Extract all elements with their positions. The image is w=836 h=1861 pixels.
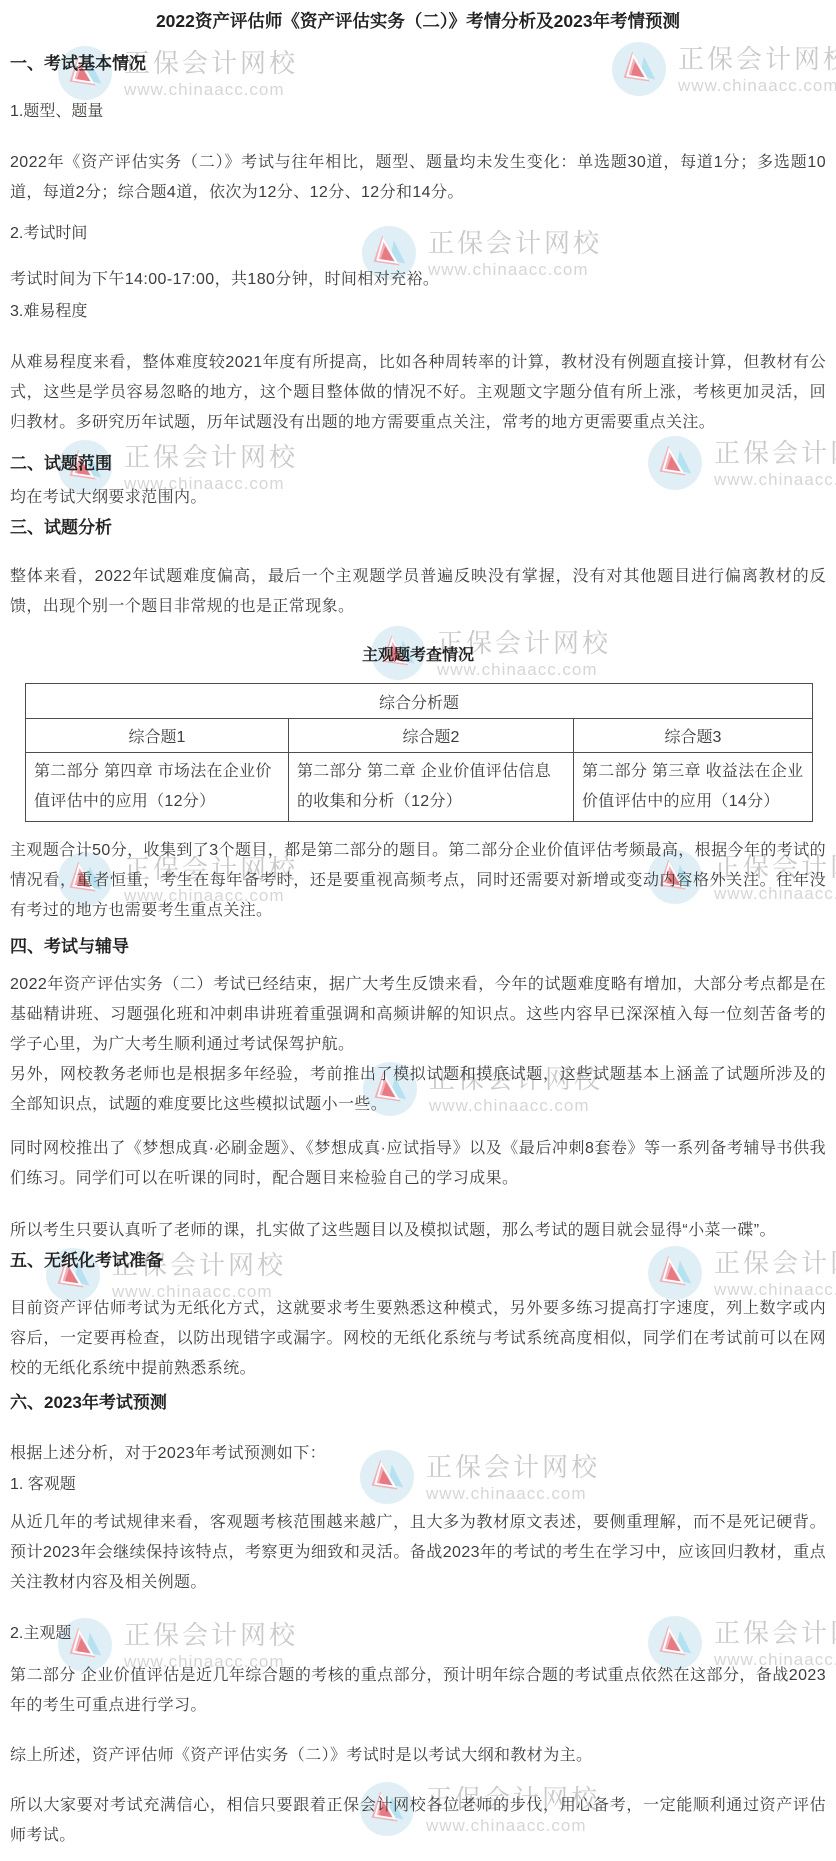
paragraph: 另外，网校教务老师也是根据多年经验，考前推出了模拟试题和摸底试题，这些试题基本上… (10, 1060, 826, 1120)
paragraph: 目前资产评估师考试为无纸化方式，这就要求考生要熟悉这种模式，另外要多练习提高打字… (10, 1294, 826, 1384)
table-caption: 主观题考查情况 (10, 645, 826, 667)
table-column-header: 综合题1 (26, 719, 289, 753)
paragraph: 综上所述，资产评估师《资产评估实务（二）》考试时是以考试大纲和教材为主。 (10, 1741, 826, 1771)
table-header-cell: 综合分析题 (26, 684, 813, 719)
sub-heading-question-types: 1.题型、题量 (10, 101, 826, 123)
section-heading-exam-and-tutoring: 四、考试与辅导 (10, 936, 826, 958)
paragraph: 2022年资产评估实务（二）考试已经结束，据广大考生反馈来看，今年的试题难度略有… (10, 970, 826, 1060)
table-cell: 第二部分 第二章 企业价值评估信息的收集和分析（12分） (289, 753, 574, 822)
table-column-header: 综合题2 (289, 719, 574, 753)
sub-heading-exam-time: 2.考试时间 (10, 223, 826, 245)
paragraph: 所以大家要对考试充满信心，相信只要跟着正保会计网校各位老师的步伐，用心备考，一定… (10, 1791, 826, 1851)
article-content: 2022资产评估师《资产评估实务（二）》考情分析及2023年考情预测 一、考试基… (0, 0, 836, 1851)
section-heading-question-analysis: 三、试题分析 (10, 517, 826, 539)
table-row-columns: 综合题1 综合题2 综合题3 (26, 719, 813, 753)
section-heading-question-scope: 二、试题范围 (10, 453, 826, 475)
section-heading-exam-basics: 一、考试基本情况 (10, 53, 826, 75)
paragraph: 均在考试大纲要求范围内。 (10, 483, 826, 513)
paragraph: 同时网校推出了《梦想成真·必刷金题》、《梦想成真·应试指导》以及《最后冲刺8套卷… (10, 1134, 826, 1194)
paragraph: 第二部分 企业价值评估是近几年综合题的考核的重点部分，预计明年综合题的考试重点依… (10, 1661, 826, 1721)
document-page: 正保会计网校www.chinaacc.com 正保会计网校www.chinaac… (0, 0, 836, 1861)
table-row: 第二部分 第四章 市场法在企业价值评估中的应用（12分） 第二部分 第二章 企业… (26, 753, 813, 822)
paragraph: 从近几年的考试规律来看，客观题考核范围越来越广，且大多为教材原文表述，要侧重理解… (10, 1508, 826, 1598)
paragraph: 所以考生只要认真听了老师的课，扎实做了这些题目以及模拟试题，那么考试的题目就会显… (10, 1216, 826, 1246)
section-heading-2023-forecast: 六、2023年考试预测 (10, 1392, 826, 1414)
sub-heading-subjective-questions: 2.主观题 (10, 1623, 826, 1645)
paragraph: 主观题合计50分，收集到了3个题目，都是第二部分的题目。第二部分企业价值评估考频… (10, 836, 826, 926)
table-cell: 第二部分 第四章 市场法在企业价值评估中的应用（12分） (26, 753, 289, 822)
paragraph: 根据上述分析，对于2023年考试预测如下： (10, 1439, 826, 1469)
section-heading-paperless-prep: 五、无纸化考试准备 (10, 1250, 826, 1272)
subjective-question-table: 综合分析题 综合题1 综合题2 综合题3 第二部分 第四章 市场法在企业价值评估… (25, 683, 813, 822)
sub-heading-objective-questions: 1. 客观题 (10, 1474, 826, 1496)
sub-heading-difficulty: 3.难易程度 (10, 301, 826, 323)
table-cell: 第二部分 第三章 收益法在企业价值评估中的应用（14分） (574, 753, 813, 822)
table-row-span: 综合分析题 (26, 684, 813, 719)
paragraph: 2022年《资产评估实务（二）》考试与往年相比，题型、题量均未发生变化：单选题3… (10, 148, 826, 208)
paragraph: 考试时间为下午14:00-17:00，共180分钟，时间相对充裕。 (10, 265, 826, 295)
table-column-header: 综合题3 (574, 719, 813, 753)
paragraph: 整体来看，2022年试题难度偏高，最后一个主观题学员普遍反映没有掌握，没有对其他… (10, 562, 826, 622)
paragraph: 从难易程度来看，整体难度较2021年度有所提高，比如各种周转率的计算，教材没有例… (10, 348, 826, 438)
doc-title: 2022资产评估师《资产评估实务（二）》考情分析及2023年考情预测 (10, 0, 826, 33)
